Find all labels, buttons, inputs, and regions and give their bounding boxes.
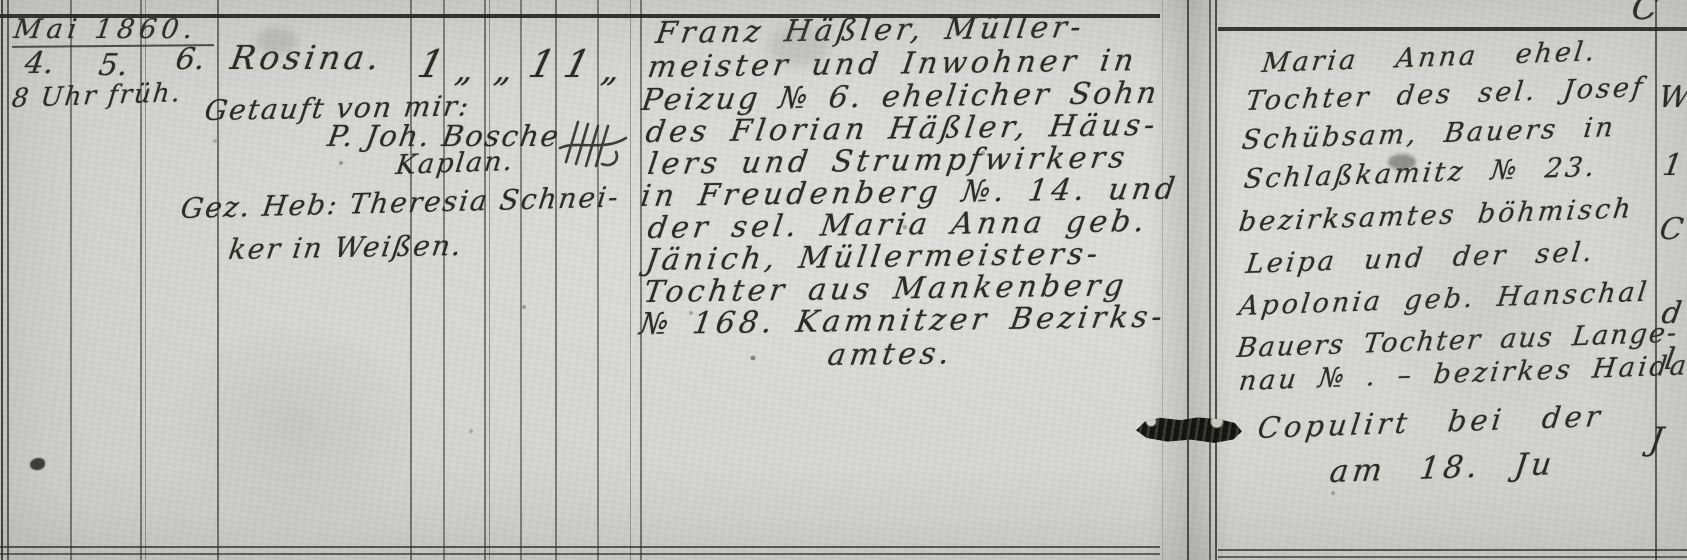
- table-rule-horizontal: [1218, 556, 1687, 558]
- midwife-line: ker in Weißen.: [227, 229, 466, 266]
- mother-entry-line: Apolonia geb. Hanschal: [1237, 277, 1651, 322]
- mother-entry-line: Copulirt bei der: [1256, 399, 1606, 445]
- edge-fragment: W: [1656, 80, 1687, 115]
- tally-mark-ditto: „: [491, 50, 516, 90]
- day-cell: 6.: [174, 42, 208, 77]
- edge-fragment: C: [1657, 212, 1686, 247]
- mother-entry-line: am 18. Ju: [1328, 446, 1558, 490]
- mother-entry-line: bezirksamtes böhmisch: [1237, 193, 1635, 238]
- table-rule-vertical: [1215, 0, 1217, 560]
- table-rule-vertical: [640, 0, 642, 560]
- ink-blot: [30, 458, 45, 470]
- birth-time-note: 8 Uhr früh.: [10, 78, 183, 114]
- father-entry-line: № 168. Kamnitzer Bezirks-: [637, 300, 1168, 342]
- month-year-header: Mai 1860.: [12, 14, 200, 45]
- page-fold-rule: [1187, 0, 1189, 560]
- table-rule-horizontal: [0, 546, 1160, 548]
- priest-title: Kaplan.: [394, 146, 516, 181]
- table-rule-vertical: [597, 0, 599, 560]
- baptism-day-cell: 5.: [97, 48, 131, 83]
- signature-flourish: [556, 118, 632, 170]
- mother-entry-line: Maria Anna ehel.: [1260, 36, 1599, 79]
- table-rule-vertical: [1209, 0, 1211, 560]
- table-rule-vertical: [1, 0, 3, 560]
- table-rule-vertical: [7, 0, 9, 560]
- mother-entry-line: Schübsam, Bauers in: [1240, 112, 1618, 156]
- table-rule-vertical: [410, 0, 412, 560]
- tally-mark-ditto: „: [598, 50, 623, 90]
- table-rule-vertical: [1655, 0, 1657, 560]
- edge-fragment: d: [1659, 296, 1684, 331]
- father-entry-line: amtes.: [825, 336, 955, 373]
- birth-day-cell: 4.: [23, 46, 57, 81]
- table-rule-horizontal: [1218, 27, 1687, 31]
- edge-fragment: 1: [1660, 148, 1685, 183]
- table-rule-vertical: [489, 0, 490, 560]
- table-rule-vertical: [520, 0, 522, 560]
- table-rule-vertical: [1162, 0, 1163, 560]
- mother-entry-line: Leipa und der sel.: [1244, 237, 1597, 280]
- church-register-scan: Mai 1860. 4. 5. 6. 8 Uhr früh. Rosina. G…: [0, 0, 1687, 560]
- table-rule-vertical: [555, 0, 557, 560]
- table-rule-vertical: [630, 0, 631, 560]
- table-rule-horizontal: [0, 553, 1160, 555]
- child-name: Rosina.: [228, 38, 386, 77]
- paper-specks: [0, 0, 2, 2]
- edge-fragment: J: [1647, 420, 1666, 458]
- watermark-stain: [170, 320, 420, 530]
- table-rule-vertical: [443, 0, 445, 560]
- table-rule-horizontal: [1218, 549, 1687, 551]
- table-rule-vertical: [484, 0, 486, 560]
- mother-entry-line: Schlaßkamitz № 23.: [1242, 152, 1599, 195]
- mother-entry-line: Tochter des sel. Josef: [1244, 72, 1647, 117]
- tally-mark-ditto: „: [452, 50, 477, 90]
- tally-mark-legitimacy: 1: [560, 42, 595, 86]
- table-rule-vertical: [217, 0, 219, 560]
